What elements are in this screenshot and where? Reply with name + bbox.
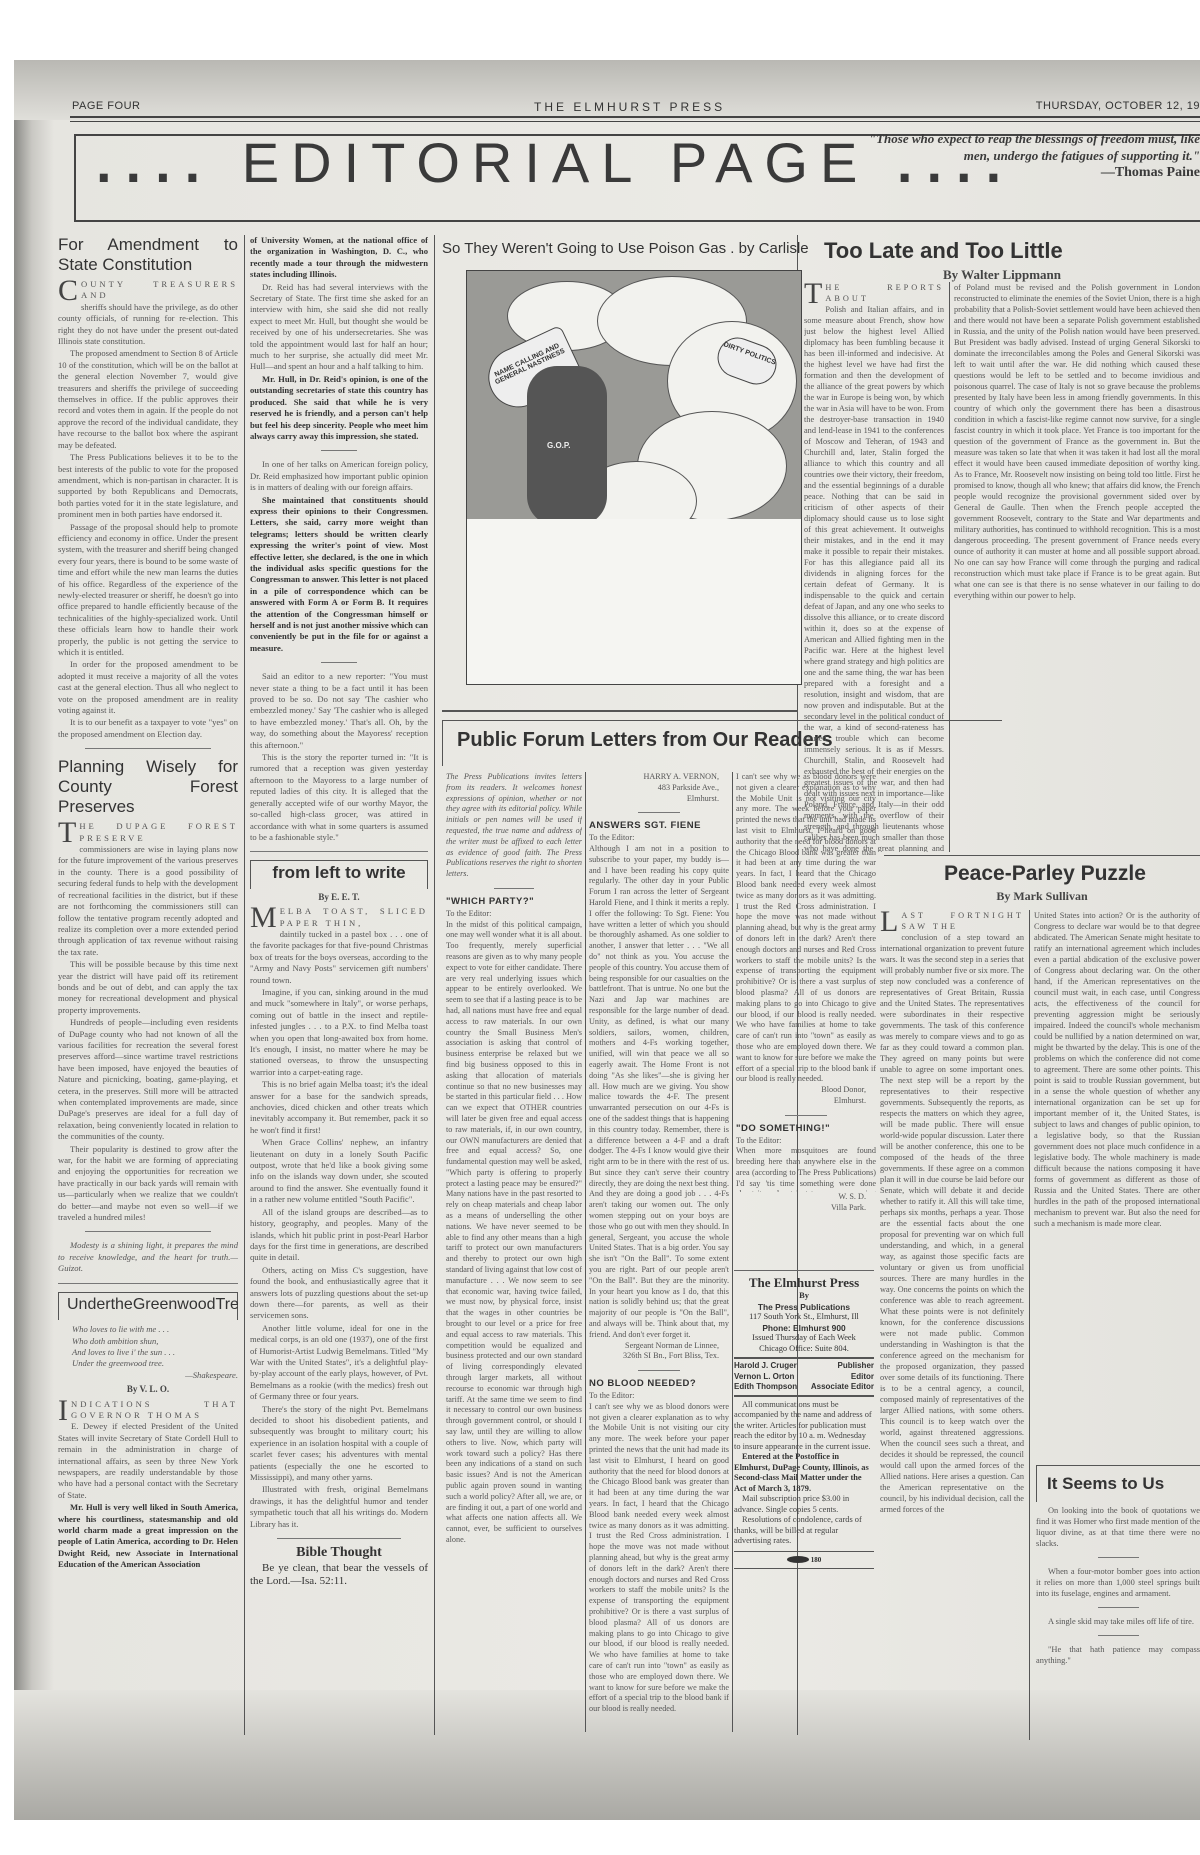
issue-date: THURSDAY, OCTOBER 12, 19 bbox=[1036, 100, 1200, 112]
paragraph: This is no brief again Melba toast; it's… bbox=[250, 1079, 428, 1136]
paragraph: United States into action? Or is the aut… bbox=[1034, 910, 1200, 1229]
paragraph: In one of her talks on American foreign … bbox=[250, 459, 428, 493]
letter-title: ANSWERS SGT. FIENE bbox=[589, 821, 729, 832]
dropcap: C bbox=[58, 279, 78, 303]
scan-top-margin bbox=[0, 0, 1200, 60]
paragraph: Mr. Hull, in Dr. Reid's opinion, is one … bbox=[250, 374, 428, 442]
amendment-article: C OUNTY TREASURERS AND sheriffs should h… bbox=[58, 279, 238, 740]
cartoon-title: So They Weren't Going to Use Poison Gas … bbox=[442, 240, 797, 257]
union-bug-icon bbox=[787, 1556, 809, 1563]
seems-item: "He that hath patience may compass anyth… bbox=[1036, 1644, 1200, 1666]
paragraph: In order for the proposed amendment to b… bbox=[58, 659, 238, 716]
paragraph: All of the island groups are described—a… bbox=[250, 1207, 428, 1264]
sullivan-headline: Peace-Parley Puzzle bbox=[884, 862, 1200, 886]
column-rule bbox=[1029, 910, 1030, 1740]
divider bbox=[85, 1231, 211, 1232]
press-box-phone: Phone: Elmhurst 900 bbox=[734, 1323, 874, 1334]
cartoon-headline: So They Weren't Going to Use Poison Gas bbox=[442, 240, 726, 257]
paragraph: This will be possible because by this ti… bbox=[58, 959, 238, 1016]
page-number: PAGE FOUR bbox=[72, 100, 140, 112]
letter-signature: W. S. D. bbox=[736, 1192, 876, 1203]
notice: Entered at the Postoffice in Elmhurst, D… bbox=[734, 1452, 874, 1494]
letter-signature: Sergeant Norman de Linnee, bbox=[589, 1341, 729, 1352]
divider bbox=[785, 1115, 827, 1116]
paragraph: Others, acting on Miss C's suggestion, h… bbox=[250, 1265, 428, 1322]
paragraph: daintily tucked in a pastel box . . . on… bbox=[250, 929, 428, 986]
cartoon-lower-area bbox=[467, 271, 801, 684]
forum-column-3-end: W. S. D. Villa Park. bbox=[736, 1192, 876, 1262]
press-box-by: By bbox=[734, 1291, 874, 1302]
paragraph: There's the story of the night Pvt. Beme… bbox=[250, 1404, 428, 1484]
paragraph: Hundreds of people—including even reside… bbox=[58, 1017, 238, 1142]
paragraph: Imagine, if you can, sinking around in t… bbox=[250, 987, 428, 1078]
letter-address: 483 Parkside Ave., bbox=[589, 783, 729, 794]
letter-salutation: To the Editor: bbox=[736, 1136, 876, 1147]
paragraph: Another little volume, ideal for one in … bbox=[250, 1323, 428, 1403]
press-box-chicago-office: Chicago Office: Suite 804. bbox=[734, 1344, 874, 1355]
column-2: of University Women, at the national off… bbox=[250, 235, 428, 1715]
poem-line: And loves to live i' the sun . . . bbox=[72, 1347, 238, 1358]
paragraph: Passage of the proposal should help to p… bbox=[58, 522, 238, 659]
poem: Who loves to lie with me . . . Who doth … bbox=[58, 1324, 238, 1381]
divider bbox=[58, 1283, 238, 1284]
paragraph: Said an editor to a new reporter: "You m… bbox=[250, 671, 428, 751]
lead-caps: OUNTY TREASURERS AND bbox=[81, 279, 238, 300]
sullivan-column-1: L AST FORTNIGHT SAW THE conclusion of a … bbox=[880, 910, 1024, 1740]
sullivan-column-2: United States into action? Or is the aut… bbox=[1034, 910, 1200, 1430]
poem-line: Who loves to lie with me . . . bbox=[72, 1324, 238, 1335]
paragraph: It is to our benefit as a taxpayer to vo… bbox=[58, 717, 238, 740]
seems-item: A single skid may take miles off life of… bbox=[1036, 1616, 1200, 1627]
paragraph: of Poland must be revised and the Polish… bbox=[954, 282, 1200, 601]
press-box-title: The Elmhurst Press bbox=[734, 1275, 874, 1291]
letter-title: "WHICH PARTY?" bbox=[446, 897, 582, 908]
divider bbox=[1098, 1607, 1139, 1608]
letter-title: "DO SOMETHING!" bbox=[736, 1124, 876, 1135]
cartoon-credit: . by Carlisle bbox=[730, 240, 808, 257]
lippmann-headline: Too Late and Too Little bbox=[804, 238, 1200, 264]
divider bbox=[638, 1370, 680, 1371]
forum-intro: The Press Publications invites letters f… bbox=[446, 772, 582, 880]
forum-column-2: HARRY A. VERNON, 483 Parkside Ave., Elmh… bbox=[589, 772, 729, 1732]
bible-text: Be ye clean, that bear the vessels of th… bbox=[250, 1562, 428, 1588]
divider bbox=[321, 662, 357, 663]
paragraph: When Grace Collins' nephew, an infantry … bbox=[250, 1137, 428, 1205]
lead-caps: HE REPORTS ABOUT bbox=[825, 283, 944, 303]
left-to-write-box: from left to write bbox=[250, 860, 428, 888]
seems-header-box: It Seems to Us bbox=[1036, 1465, 1200, 1502]
lippmann-column-2: of Poland must be revised and the Polish… bbox=[954, 282, 1200, 852]
masthead-quote: "Those who expect to reap the blessings … bbox=[860, 130, 1200, 181]
letter-salutation: To the Editor: bbox=[446, 909, 582, 920]
quote-author: —Thomas Paine bbox=[860, 164, 1200, 181]
greenwood-byline: By V. L. O. bbox=[58, 1384, 238, 1395]
folio-rule bbox=[70, 116, 1200, 122]
paragraph: The proposed amendment to Section 8 of A… bbox=[58, 348, 238, 451]
letter-address: Elmhurst. bbox=[736, 1096, 876, 1107]
left-to-write-headline: from left to write bbox=[259, 867, 419, 878]
paragraph: This is the story the reporter turned in… bbox=[250, 752, 428, 843]
sullivan-header: Peace-Parley Puzzle By Mark Sullivan bbox=[884, 855, 1200, 907]
column-rule bbox=[585, 772, 586, 1732]
elmhurst-press-box: The Elmhurst Press By The Press Publicat… bbox=[734, 1270, 874, 1569]
letter-address: Villa Park. bbox=[736, 1203, 876, 1214]
left-to-write-byline: By E. E. T. bbox=[250, 892, 428, 903]
scan-bottom-margin bbox=[0, 1820, 1200, 1855]
paragraph: E. Dewey if elected President of the Uni… bbox=[58, 1421, 238, 1501]
divider bbox=[85, 748, 211, 749]
column-rule bbox=[949, 282, 950, 852]
notice: All communications must be accompanied b… bbox=[734, 1400, 874, 1453]
amendment-headline: For Amendment to State Constitution bbox=[58, 235, 238, 275]
letter-salutation: To the Editor: bbox=[589, 1391, 729, 1402]
column-1: For Amendment to State Constitution C OU… bbox=[58, 235, 238, 1715]
quote-text: "Those who expect to reap the blessings … bbox=[860, 130, 1200, 164]
dropcap: I bbox=[58, 1399, 68, 1423]
paragraph: of University Women, at the national off… bbox=[250, 235, 428, 281]
poem-line: Under the greenwood tree. bbox=[72, 1358, 238, 1369]
paragraph: commissioners are wise in laying plans n… bbox=[58, 844, 238, 958]
press-box-issued: Issued Thursday of Each Week bbox=[734, 1333, 874, 1344]
letter-address: 326th SI Bn., Fort Bliss, Tex. bbox=[589, 1351, 729, 1362]
dropcap: T bbox=[58, 821, 76, 845]
bible-headline: Bible Thought bbox=[250, 1547, 428, 1558]
lippmann-column-1: T HE REPORTS ABOUT Polish and Italian af… bbox=[804, 282, 944, 852]
paragraph: Illustrated with fresh, original Bemelma… bbox=[250, 1484, 428, 1530]
letter-signature: Blood Donor, bbox=[736, 1085, 876, 1096]
seems-item: When a four-motor bomber goes into actio… bbox=[1036, 1566, 1200, 1599]
lippmann-byline: By Walter Lippmann bbox=[804, 267, 1200, 283]
column-rule bbox=[244, 235, 245, 1735]
dropcap: T bbox=[804, 282, 822, 306]
lead-caps: NDICATIONS THAT GOVERNOR THOMAS bbox=[71, 1399, 238, 1420]
forum-column-1: The Press Publications invites letters f… bbox=[446, 772, 582, 1732]
paragraph: Polish and Italian affairs, and in some … bbox=[804, 304, 944, 852]
paragraph: conclusion of a step toward an internati… bbox=[880, 932, 1024, 1515]
divider bbox=[1098, 1635, 1139, 1636]
forest-headline: Planning Wisely for County Forest Preser… bbox=[58, 757, 238, 817]
divider bbox=[1098, 1557, 1139, 1558]
divider bbox=[250, 851, 428, 852]
seems-item: On looking into the book of quotations w… bbox=[1036, 1505, 1200, 1549]
letter-signature: HARRY A. VERNON, bbox=[589, 772, 729, 783]
lead-caps: HE DUPAGE FOREST PRESERVE bbox=[79, 821, 238, 842]
paper-name: THE ELMHURST PRESS bbox=[534, 100, 725, 114]
paragraph: Their popularity is destined to grow aft… bbox=[58, 1144, 238, 1224]
title-dots-left: .... bbox=[96, 131, 214, 194]
paragraph: Mr. Hull is very well liked in South Ame… bbox=[58, 1502, 238, 1570]
aphorism: Modesty is a shining light, it prepares … bbox=[58, 1240, 238, 1274]
column-rule bbox=[434, 235, 435, 1735]
paragraph: Dr. Reid has had several interviews with… bbox=[250, 282, 428, 373]
forest-article: T HE DUPAGE FOREST PRESERVE commissioner… bbox=[58, 821, 238, 1223]
seems-headline: It Seems to Us bbox=[1047, 1474, 1190, 1494]
letter-salutation: To the Editor: bbox=[589, 833, 729, 844]
column-rule bbox=[732, 772, 733, 1732]
divider bbox=[277, 1538, 402, 1539]
lead-caps: AST FORTNIGHT SAW THE bbox=[901, 911, 1024, 931]
press-box-publisher: The Press Publications bbox=[734, 1302, 874, 1313]
staff-list: Harold J. CrugerPublisher Vernon L. Orto… bbox=[734, 1357, 874, 1397]
staff-row: Vernon L. OrtonEditor bbox=[734, 1372, 874, 1383]
seems-column: On looking into the book of quotations w… bbox=[1036, 1505, 1200, 1735]
lead-caps: ELBA TOAST, SLICED PAPER THIN, bbox=[280, 906, 428, 927]
greenwood-box: UndertheGreenwoodTree bbox=[58, 1292, 238, 1320]
divider bbox=[494, 888, 535, 889]
press-box-address: 117 South York St., Elmhurst, Ill bbox=[734, 1312, 874, 1323]
forum-top-rule bbox=[442, 710, 797, 712]
lippmann-header: Too Late and Too Little By Walter Lippma… bbox=[804, 238, 1200, 286]
paragraph: sheriffs should have the privilege, as d… bbox=[58, 302, 238, 348]
paragraph: The Press Publications believes it to be… bbox=[58, 452, 238, 520]
letter-body: I can't see why we as blood donors were … bbox=[589, 1402, 729, 1715]
letter-body: In the midst of this political campaign,… bbox=[446, 920, 582, 1546]
union-label: 180 bbox=[734, 1551, 874, 1570]
paragraph: She maintained that constituents should … bbox=[250, 495, 428, 655]
letter-body: When more mosquitoes are found breeding … bbox=[736, 1146, 876, 1192]
dropcap: L bbox=[880, 910, 898, 934]
notice: Mail subscription price $3.00 in advance… bbox=[734, 1494, 874, 1515]
poem-line: Who doth ambition shun, bbox=[72, 1336, 238, 1347]
newspaper-page: PAGE FOUR THE ELMHURST PRESS THURSDAY, O… bbox=[14, 60, 1200, 1820]
title-text: EDITORIAL PAGE bbox=[242, 131, 870, 194]
divider bbox=[638, 812, 680, 813]
dropcap: M bbox=[250, 906, 277, 930]
staff-row: Harold J. CrugerPublisher bbox=[734, 1361, 874, 1372]
poem-author: —Shakespeare. bbox=[72, 1370, 238, 1381]
divider bbox=[321, 450, 357, 451]
letter-address: Elmhurst. bbox=[589, 794, 729, 805]
notice: Resolutions of condolence, cards of than… bbox=[734, 1515, 874, 1547]
sullivan-byline: By Mark Sullivan bbox=[884, 889, 1200, 904]
editorial-cartoon: NAME CALLING AND GENERAL NASTINESS DIRTY… bbox=[466, 270, 802, 685]
letter-body: Although I am not in a position to subsc… bbox=[589, 844, 729, 1341]
greenwood-headline: UndertheGreenwoodTree bbox=[67, 1299, 229, 1310]
letter-title: NO BLOOD NEEDED? bbox=[589, 1379, 729, 1390]
staff-row: Edith ThompsonAssociate Editor bbox=[734, 1382, 874, 1393]
